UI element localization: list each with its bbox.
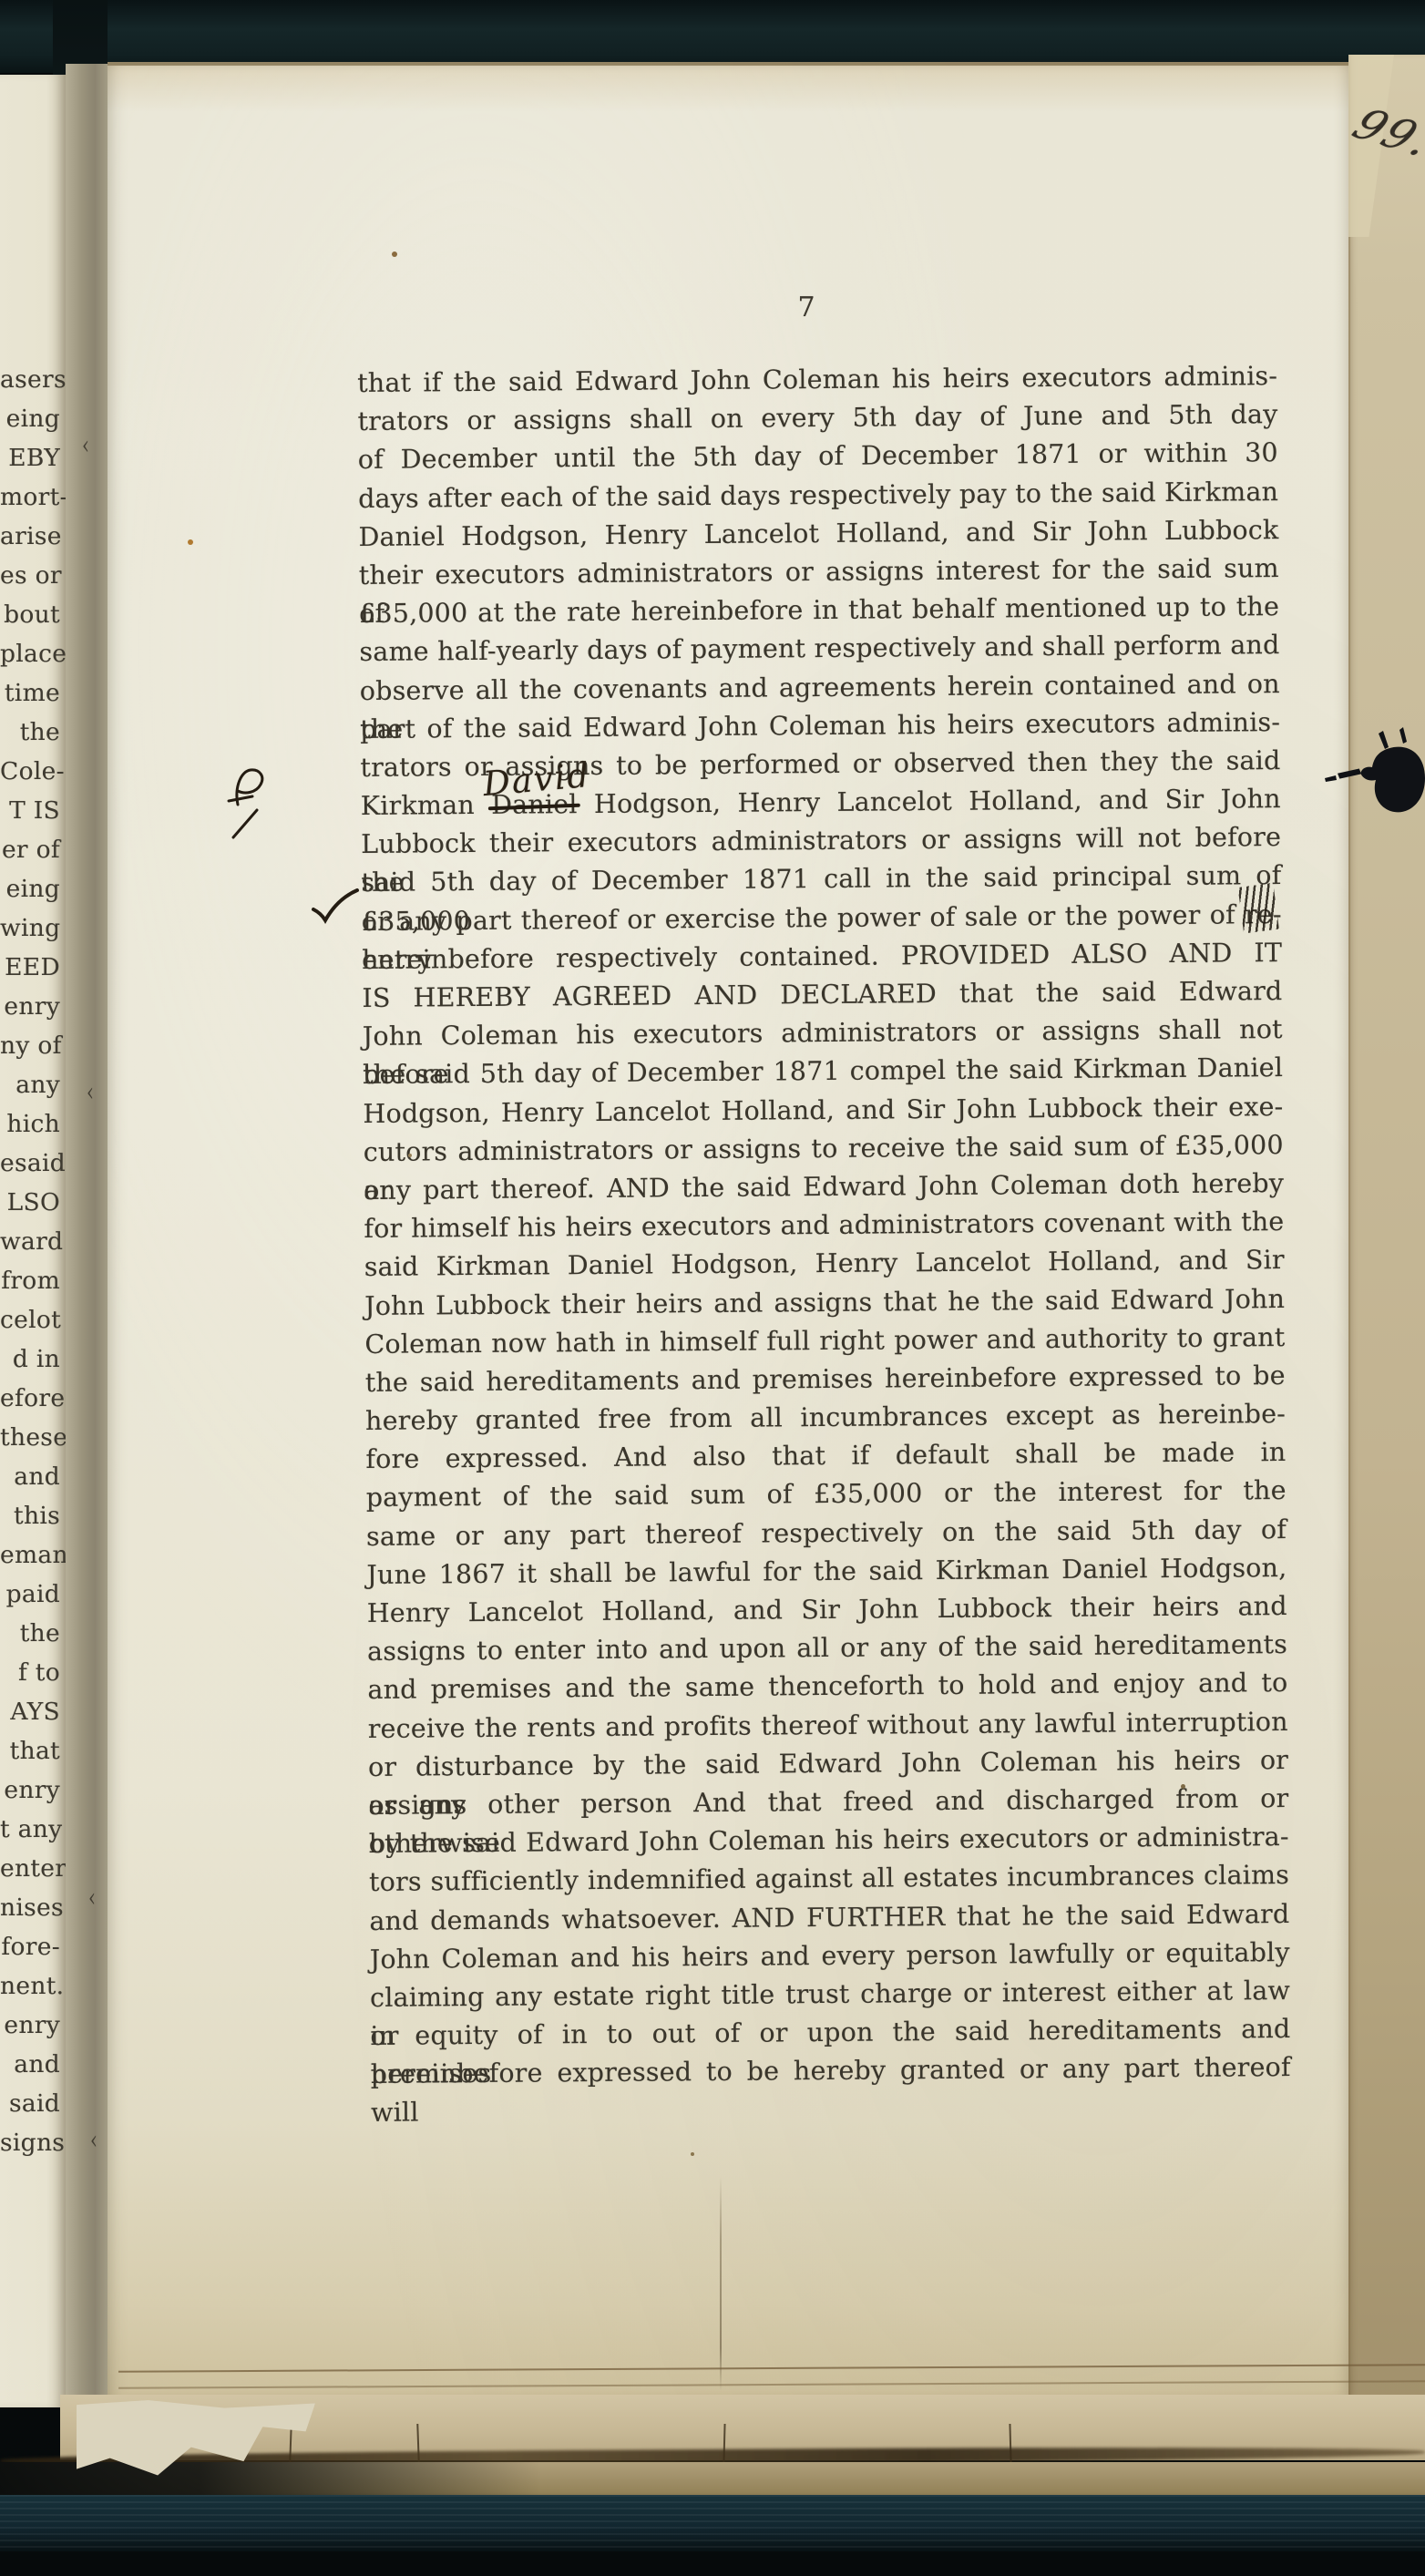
facing-page-fragment: from — [0, 1261, 60, 1300]
facing-page-fragment: hich — [0, 1104, 60, 1144]
facing-page-fragment: asers — [0, 360, 60, 399]
facing-page-fragment: place — [0, 634, 60, 673]
text-line: days after each of the said days respect… — [358, 473, 1278, 518]
text-segment: Hodgson, Henry Lancelot Holland, and Sir… — [578, 784, 1281, 819]
facing-page-fragment: said — [0, 2084, 60, 2123]
facing-page-fragment: nises — [0, 1888, 60, 1927]
facing-page-fragment: T IS — [0, 791, 60, 830]
facing-page-fragment: wing — [0, 908, 60, 948]
facing-page-fragment: arise — [0, 517, 60, 556]
text-line: hereinbefore expressed to be hereby gran… — [371, 2048, 1291, 2094]
facing-page-fragment: time — [0, 673, 60, 713]
facing-page-fragment: the — [0, 713, 60, 752]
facing-page-fragment: EED — [0, 948, 60, 987]
facing-page-fragment: paid — [0, 1575, 60, 1614]
text-line: said 5th day of December 1871 call in th… — [361, 857, 1281, 902]
facing-page-fragment: EBY — [0, 438, 60, 477]
facing-page-fragment: LSO — [0, 1183, 60, 1222]
document-page: 7 that if the said Edward John Coleman h… — [108, 62, 1348, 2398]
check-mark-annotation-icon — [310, 888, 361, 929]
facing-page-fragment: and — [0, 1457, 60, 1496]
text-line: payment of the said sum of £35,000 or th… — [366, 1472, 1287, 1517]
facing-page-fragment: that — [0, 1731, 60, 1770]
facing-page-fragment: celot — [0, 1300, 60, 1339]
facing-page-fragment: AYS — [0, 1692, 60, 1731]
page-gutter-shadow — [66, 64, 108, 2407]
page-crease — [720, 2176, 722, 2391]
stain-speck — [392, 251, 397, 257]
facing-page-fragment: ward — [0, 1222, 60, 1261]
facing-page-fragment: d in — [0, 1339, 60, 1379]
facing-page-fragment: mort- — [0, 477, 60, 517]
text-line: Hodgson, Henry Lancelot Holland, and Sir… — [363, 1088, 1283, 1134]
facing-page-fragment: eman — [0, 1535, 60, 1575]
facing-page-fragment: enter — [0, 1849, 60, 1888]
page-edge-strip: 99. — [1348, 55, 1425, 2398]
stain-speck — [691, 2152, 694, 2156]
text-line: said Kirkman Daniel Hodgson, Henry Lance… — [364, 1241, 1285, 1287]
gutter-pen-tick-icon: ‹ — [90, 2127, 97, 2152]
facing-page-fragment: er of — [0, 830, 60, 869]
facing-page-fragment: efore — [0, 1379, 60, 1418]
stain-speck — [408, 1154, 412, 1157]
facing-page-fragments: aserseingEBYmort-arisees orboutplacetime… — [0, 360, 60, 2162]
folio-number-annotation: 99. — [1344, 99, 1425, 167]
facing-page-edge: aserseingEBYmort-arisees orboutplacetime… — [0, 75, 66, 2407]
facing-page-fragment: enry — [0, 1770, 60, 1810]
text-segment: or any part thereof or exercise the powe… — [362, 899, 1245, 937]
facing-page-fragment: these — [0, 1418, 60, 1457]
facing-page-fragment: this — [0, 1496, 60, 1535]
text-line: John Lubbock their heirs and assigns tha… — [364, 1280, 1285, 1326]
facing-page-fragment: f to — [0, 1653, 60, 1692]
text-line: tors sufficiently indemnified against al… — [369, 1856, 1289, 1902]
gutter-pen-tick-icon: ‹ — [87, 1079, 94, 1104]
text-line: and premises and the same thenceforth to… — [367, 1664, 1287, 1709]
facing-page-fragment: ny of — [0, 1026, 60, 1065]
text-segment: Kirkman — [361, 790, 492, 821]
facing-page-fragment: eing — [0, 399, 60, 438]
book-cover-bottom-cloth — [0, 2495, 1425, 2551]
stain-speck — [1181, 1784, 1185, 1789]
facing-page-fragment: enry — [0, 2006, 60, 2045]
page-number: 7 — [779, 292, 834, 323]
text-block: that if the said Edward John Coleman his… — [357, 357, 1291, 2094]
text-line: receive the rents and profits thereof wi… — [368, 1703, 1288, 1749]
facing-page-fragment: nent. — [0, 1966, 60, 2006]
text-line: observe all the covenants and agreements… — [360, 665, 1280, 711]
facing-page-fragment: t any — [0, 1810, 60, 1849]
facing-page-fragment: enry — [0, 987, 60, 1026]
text-line: the said 5th day of December 1871 compel… — [363, 1049, 1283, 1094]
facing-page-fragment: Cole- — [0, 752, 60, 791]
facing-page-fragment: any — [0, 1065, 60, 1104]
facing-page-fragment: signs — [0, 2123, 60, 2162]
gutter-pen-tick-icon: ‹ — [82, 432, 89, 457]
scanned-deed-page: aserseingEBYmort-arisees orboutplacetime… — [0, 0, 1425, 2576]
facing-page-fragment: es or — [0, 556, 60, 595]
text-line: and demands whatsoever. AND FURTHER that… — [369, 1895, 1289, 1941]
stain-speck — [188, 539, 193, 545]
text-line: of December until the 5th day of Decembe… — [358, 434, 1278, 479]
facing-page-fragment: esaid — [0, 1144, 60, 1183]
facing-page-fragment: bout — [0, 595, 60, 634]
facing-page-fragment: eing — [0, 869, 60, 908]
margin-pen-mark-icon — [224, 763, 275, 845]
facing-page-fragment: and — [0, 2045, 60, 2084]
facing-page-fragment: the — [0, 1614, 60, 1653]
ink-blot-icon — [1323, 725, 1425, 831]
text-line: same half-yearly days of payment respect… — [359, 626, 1279, 672]
scribbled-word: re — [1245, 899, 1273, 929]
gutter-pen-tick-icon: ‹ — [88, 1884, 96, 1910]
facing-page-fragment: fore- — [0, 1927, 60, 1966]
